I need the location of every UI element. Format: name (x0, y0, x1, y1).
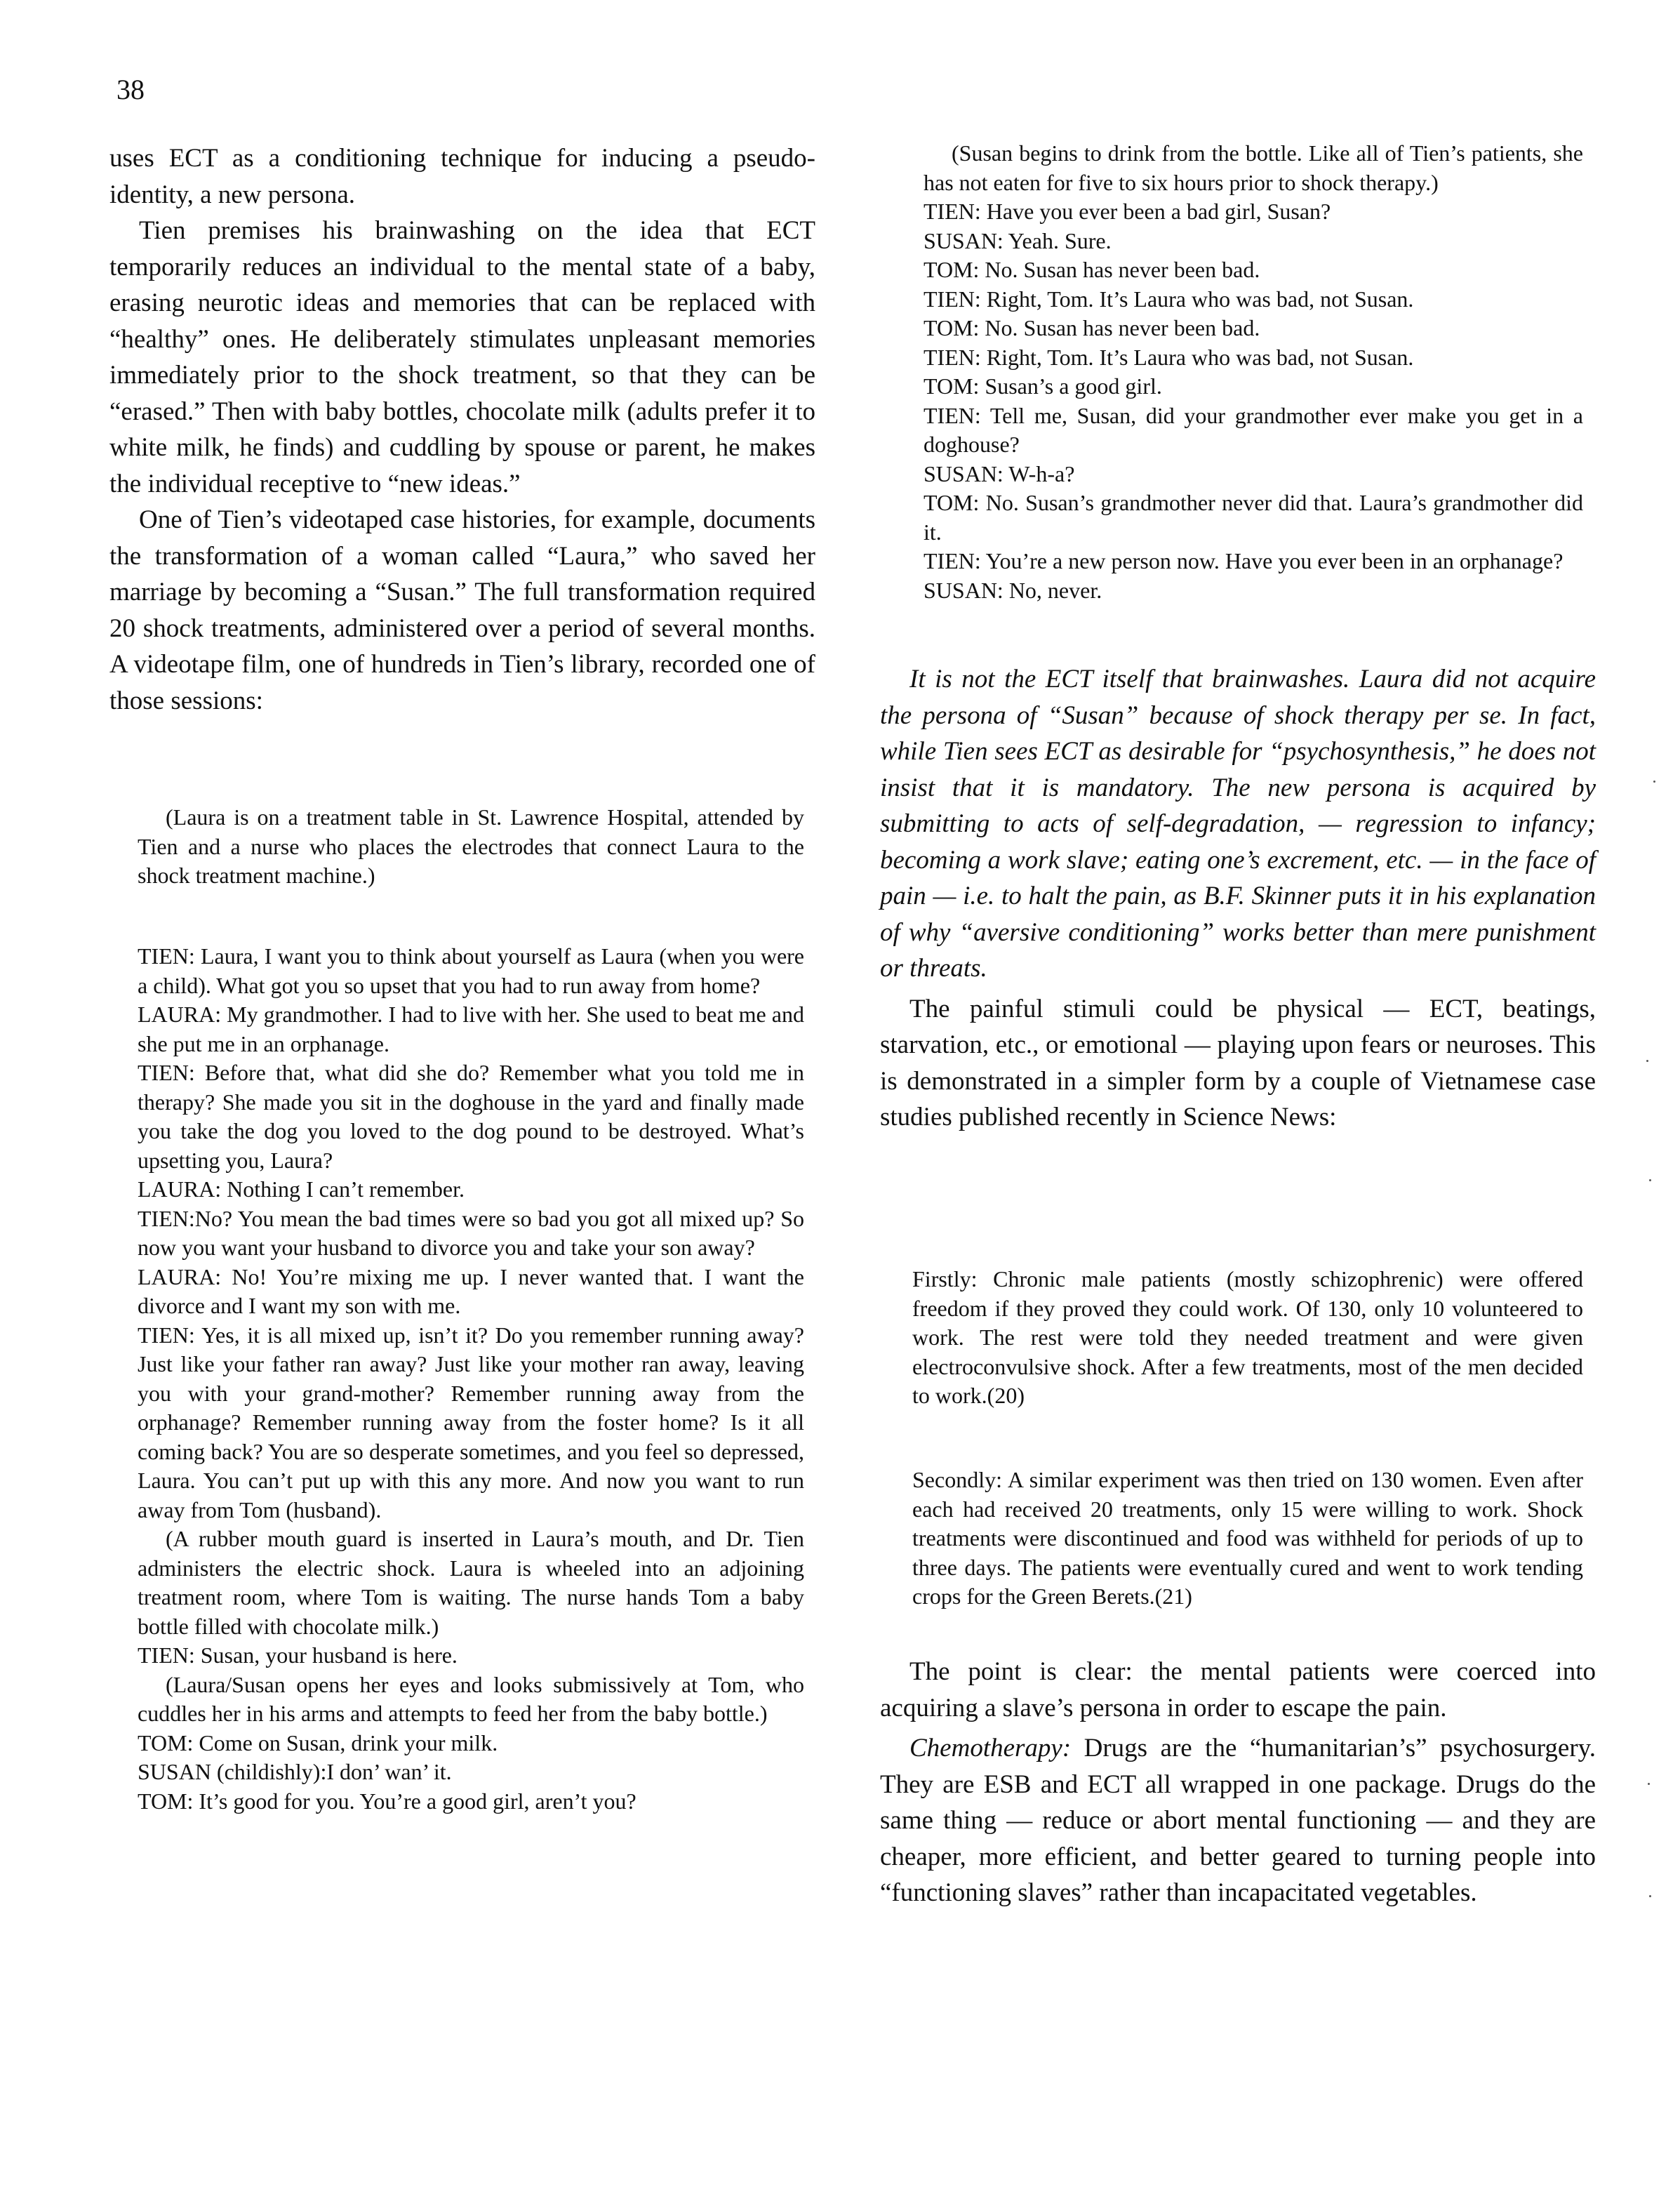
dialogue-line: SUSAN (childishly):I don’ wan’ it. (138, 1758, 804, 1787)
scan-speck (1646, 1060, 1648, 1062)
dialogue-line: TIEN: You’re a new person now. Have you … (924, 547, 1583, 576)
case-study-text: Firstly: Chronic male patients (mostly s… (912, 1265, 1583, 1411)
scan-speck (1649, 1895, 1651, 1897)
case-study-firstly: Firstly: Chronic male patients (mostly s… (912, 1265, 1583, 1411)
left-intro-text: uses ECT as a conditioning technique for… (109, 140, 815, 719)
dialogue-line: TIEN:No? You mean the bad times were so … (138, 1204, 804, 1263)
paragraph-painful-stimuli: The painful stimuli could be physical — … (880, 991, 1596, 1136)
dialogue-line: TIEN: Before that, what did she do? Reme… (138, 1058, 804, 1175)
dialogue-line: TOM: Susan’s a good girl. (924, 372, 1583, 401)
dialogue-line: TIEN: Have you ever been a bad girl, Sus… (924, 197, 1583, 227)
dialogue-line: SUSAN: No, never. (924, 576, 1583, 606)
dialogue-line: TIEN: Laura, I want you to think about y… (138, 942, 804, 1000)
stage-direction-line: (Susan begins to drink from the bottle. … (924, 139, 1583, 197)
right-commentary: It is not the ECT itself that brainwashe… (880, 661, 1596, 1136)
dialogue-line: LAURA: My grandmother. I had to live wit… (138, 1000, 804, 1058)
scan-speck (1648, 1783, 1650, 1785)
stage-direction-line: (A rubber mouth guard is inserted in Lau… (138, 1525, 804, 1641)
case-study-text: Secondly: A similar experiment was then … (912, 1466, 1583, 1612)
scan-speck (1649, 1179, 1651, 1181)
paragraph-intro-continuation: uses ECT as a conditioning technique for… (109, 140, 815, 213)
scan-speck (1653, 781, 1655, 783)
paragraph-point-is-clear: The point is clear: the mental patients … (880, 1654, 1596, 1726)
dialogue-line: LAURA: No! You’re mixing me up. I never … (138, 1263, 804, 1321)
left-dialogue-transcript: TIEN: Laura, I want you to think about y… (138, 942, 804, 1816)
dialogue-line: TIEN: Tell me, Susan, did your grandmoth… (924, 401, 1583, 460)
dialogue-line: TOM: Come on Susan, drink your milk. (138, 1729, 804, 1758)
right-dialogue-transcript: (Susan begins to drink from the bottle. … (924, 139, 1583, 605)
dialogue-line: TIEN: Yes, it is all mixed up, isn’t it?… (138, 1321, 804, 1525)
dialogue-line: SUSAN: W-h-a? (924, 460, 1583, 489)
dialogue-line: TOM: No. Susan’s grandmother never did t… (924, 489, 1583, 547)
paragraph-chemotherapy: Chemotherapy: Drugs are the “humanitaria… (880, 1730, 1596, 1911)
case-study-secondly: Secondly: A similar experiment was then … (912, 1466, 1583, 1612)
dialogue-line: LAURA: Nothing I can’t remember. (138, 1175, 804, 1204)
page-number: 38 (116, 73, 145, 107)
dialogue-line: TOM: No. Susan has never been bad. (924, 255, 1583, 285)
dialogue-line: TOM: No. Susan has never been bad. (924, 314, 1583, 343)
right-conclusion: The point is clear: the mental patients … (880, 1654, 1596, 1911)
dialogue-line: TIEN: Right, Tom. It’s Laura who was bad… (924, 285, 1583, 314)
stage-direction-laura-table: (Laura is on a treatment table in St. La… (138, 803, 804, 891)
stage-direction-text: (Laura is on a treatment table in St. La… (138, 803, 804, 891)
dialogue-line: TIEN: Right, Tom. It’s Laura who was bad… (924, 343, 1583, 373)
dialogue-line: TIEN: Susan, your husband is here. (138, 1641, 804, 1671)
paragraph-ect-not-brainwash: It is not the ECT itself that brainwashe… (880, 661, 1596, 987)
dialogue-line: SUSAN: Yeah. Sure. (924, 227, 1583, 256)
paragraph-case-history: One of Tien’s videotaped case histories,… (109, 502, 815, 719)
dialogue-line: TOM: It’s good for you. You’re a good gi… (138, 1787, 804, 1817)
paragraph-tien-premises: Tien premises his brainwashing on the id… (109, 213, 815, 502)
chemotherapy-heading: Chemotherapy: (909, 1734, 1071, 1762)
stage-direction-line: (Laura/Susan opens her eyes and looks su… (138, 1671, 804, 1729)
